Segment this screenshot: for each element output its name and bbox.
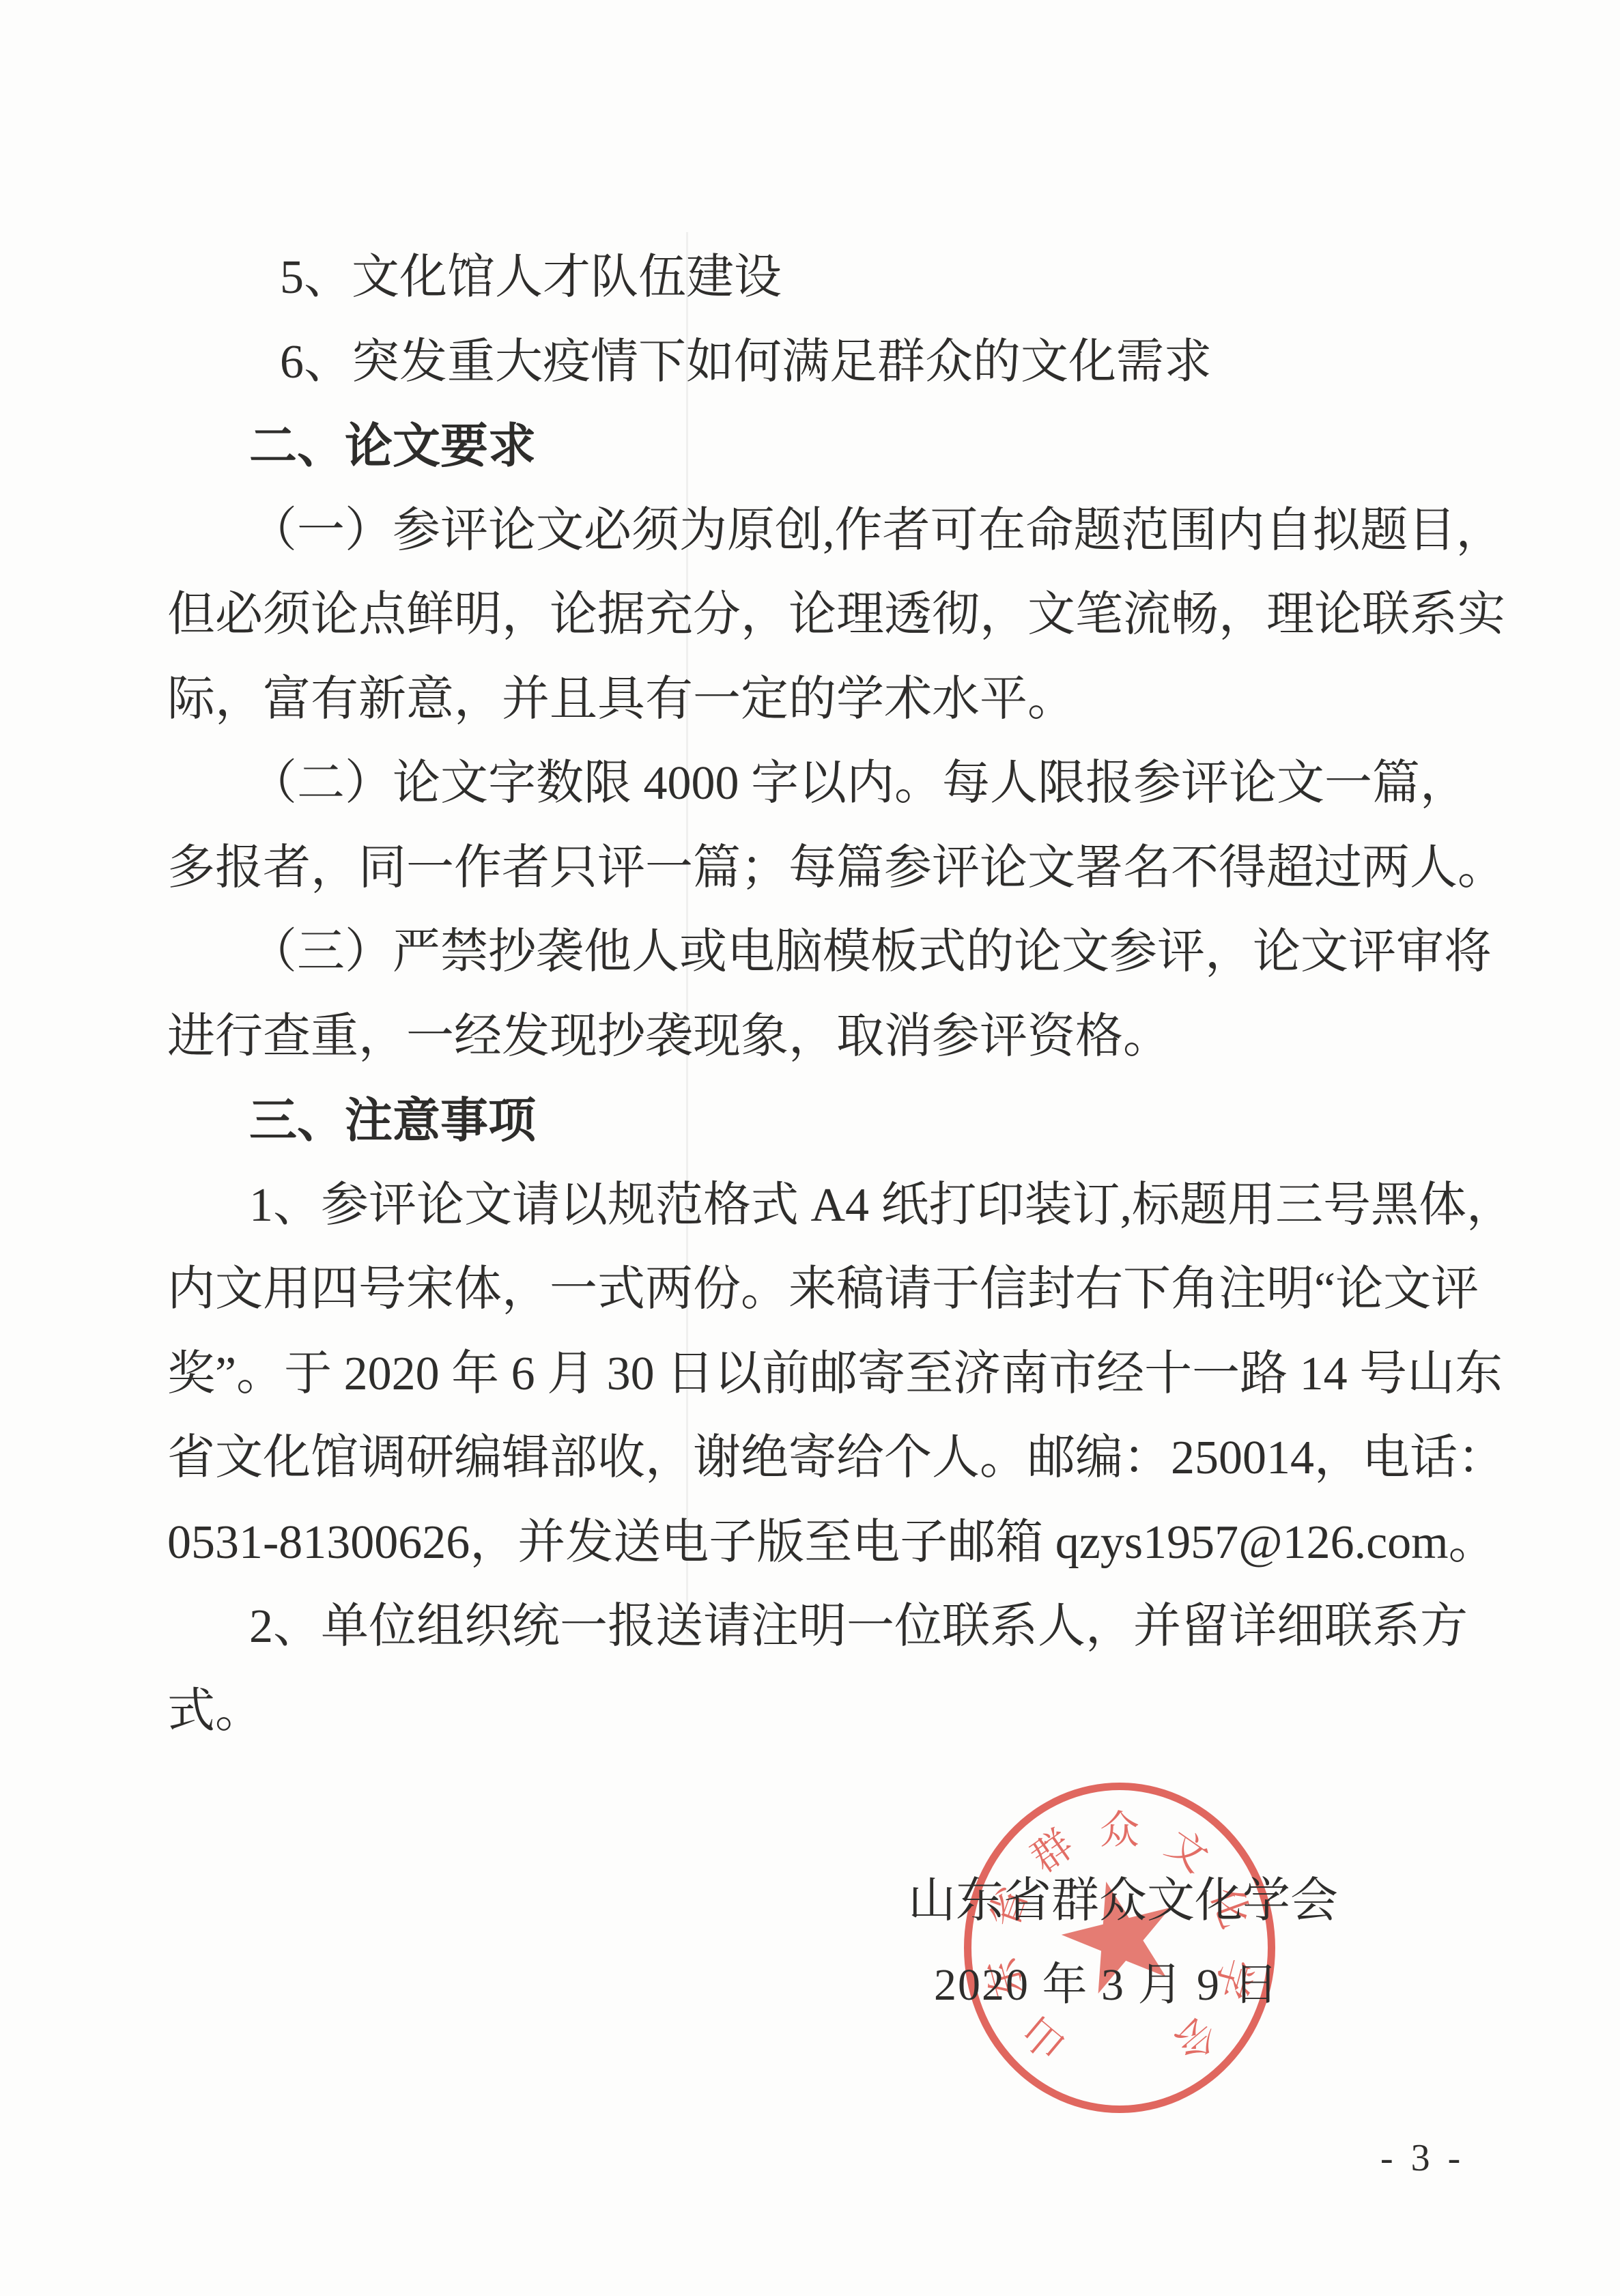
body-line: 0531-81300626，并发送电子版至电子邮箱 qzys1957@126.c… [167, 1501, 1519, 1585]
body-line: （一）参评论文必须为原创,作者可在命题范围内自拟题目， [167, 489, 1519, 573]
body-line: 进行查重，一经发现抄袭现象，取消参评资格。 [167, 995, 1519, 1079]
seal-ring-char: 会 [1167, 2010, 1223, 2066]
signature-organization: 山东省群众文化学会 [908, 1872, 1338, 1931]
seal-ring-char: 群 [1025, 1824, 1080, 1880]
document-body: 5、文化馆人才队伍建设6、突发重大疫情下如何满足群众的文化需求二、论文要求（一）… [167, 236, 1519, 1753]
body-line: 二、论文要求 [167, 404, 1519, 489]
seal-ring-char: 文 [1159, 1824, 1214, 1880]
body-line: 省文化馆调研编辑部收，谢绝寄给个人。邮编：250014，电话： [167, 1416, 1519, 1501]
body-line: 奖”。于 2020 年 6 月 30 日以前邮寄至济南市经十一路 14 号山东 [167, 1332, 1519, 1417]
body-line: （二）论文字数限 4000 字以内。每人限报参评论文一篇， [167, 741, 1519, 826]
signature-date: 2020 年 3 月 9 日 [934, 1958, 1280, 2013]
body-line: 多报者，同一作者只评一篇；每篇参评论文署名不得超过两人。 [167, 826, 1519, 911]
seal-ring [964, 1783, 1275, 2113]
page-number: - 3 - [1380, 2136, 1464, 2181]
body-line: 三、注意事项 [167, 1079, 1519, 1163]
body-line: 2、单位组织统一报送请注明一位联系人，并留详细联系方 [167, 1585, 1519, 1669]
body-line: 但必须论点鲜明，论据充分，论理透彻，文笔流畅，理论联系实 [167, 573, 1519, 657]
seal-ring-char: 众 [1100, 1811, 1139, 1850]
body-line: 式。 [167, 1669, 1519, 1754]
seal-ring-char: 山 [1017, 2010, 1072, 2066]
body-line: 5、文化馆人才队伍建设 [167, 236, 1519, 320]
body-line: 际，富有新意，并且具有一定的学术水平。 [167, 657, 1519, 742]
body-line: 1、参评论文请以规范格式 A4 纸打印装订,标题用三号黑体， [167, 1163, 1519, 1248]
body-line: 内文用四号宋体，一式两份。来稿请于信封右下角注明“论文评 [167, 1247, 1519, 1332]
official-seal-stamp: ★ 山东省群众文化学会 [964, 1783, 1275, 2113]
body-line: 6、突发重大疫情下如何满足群众的文化需求 [167, 320, 1519, 405]
scanned-document-page: 5、文化馆人才队伍建设6、突发重大疫情下如何满足群众的文化需求二、论文要求（一）… [0, 0, 1620, 2296]
body-line: （三）严禁抄袭他人或电脑模板式的论文参评，论文评审将 [167, 910, 1519, 995]
